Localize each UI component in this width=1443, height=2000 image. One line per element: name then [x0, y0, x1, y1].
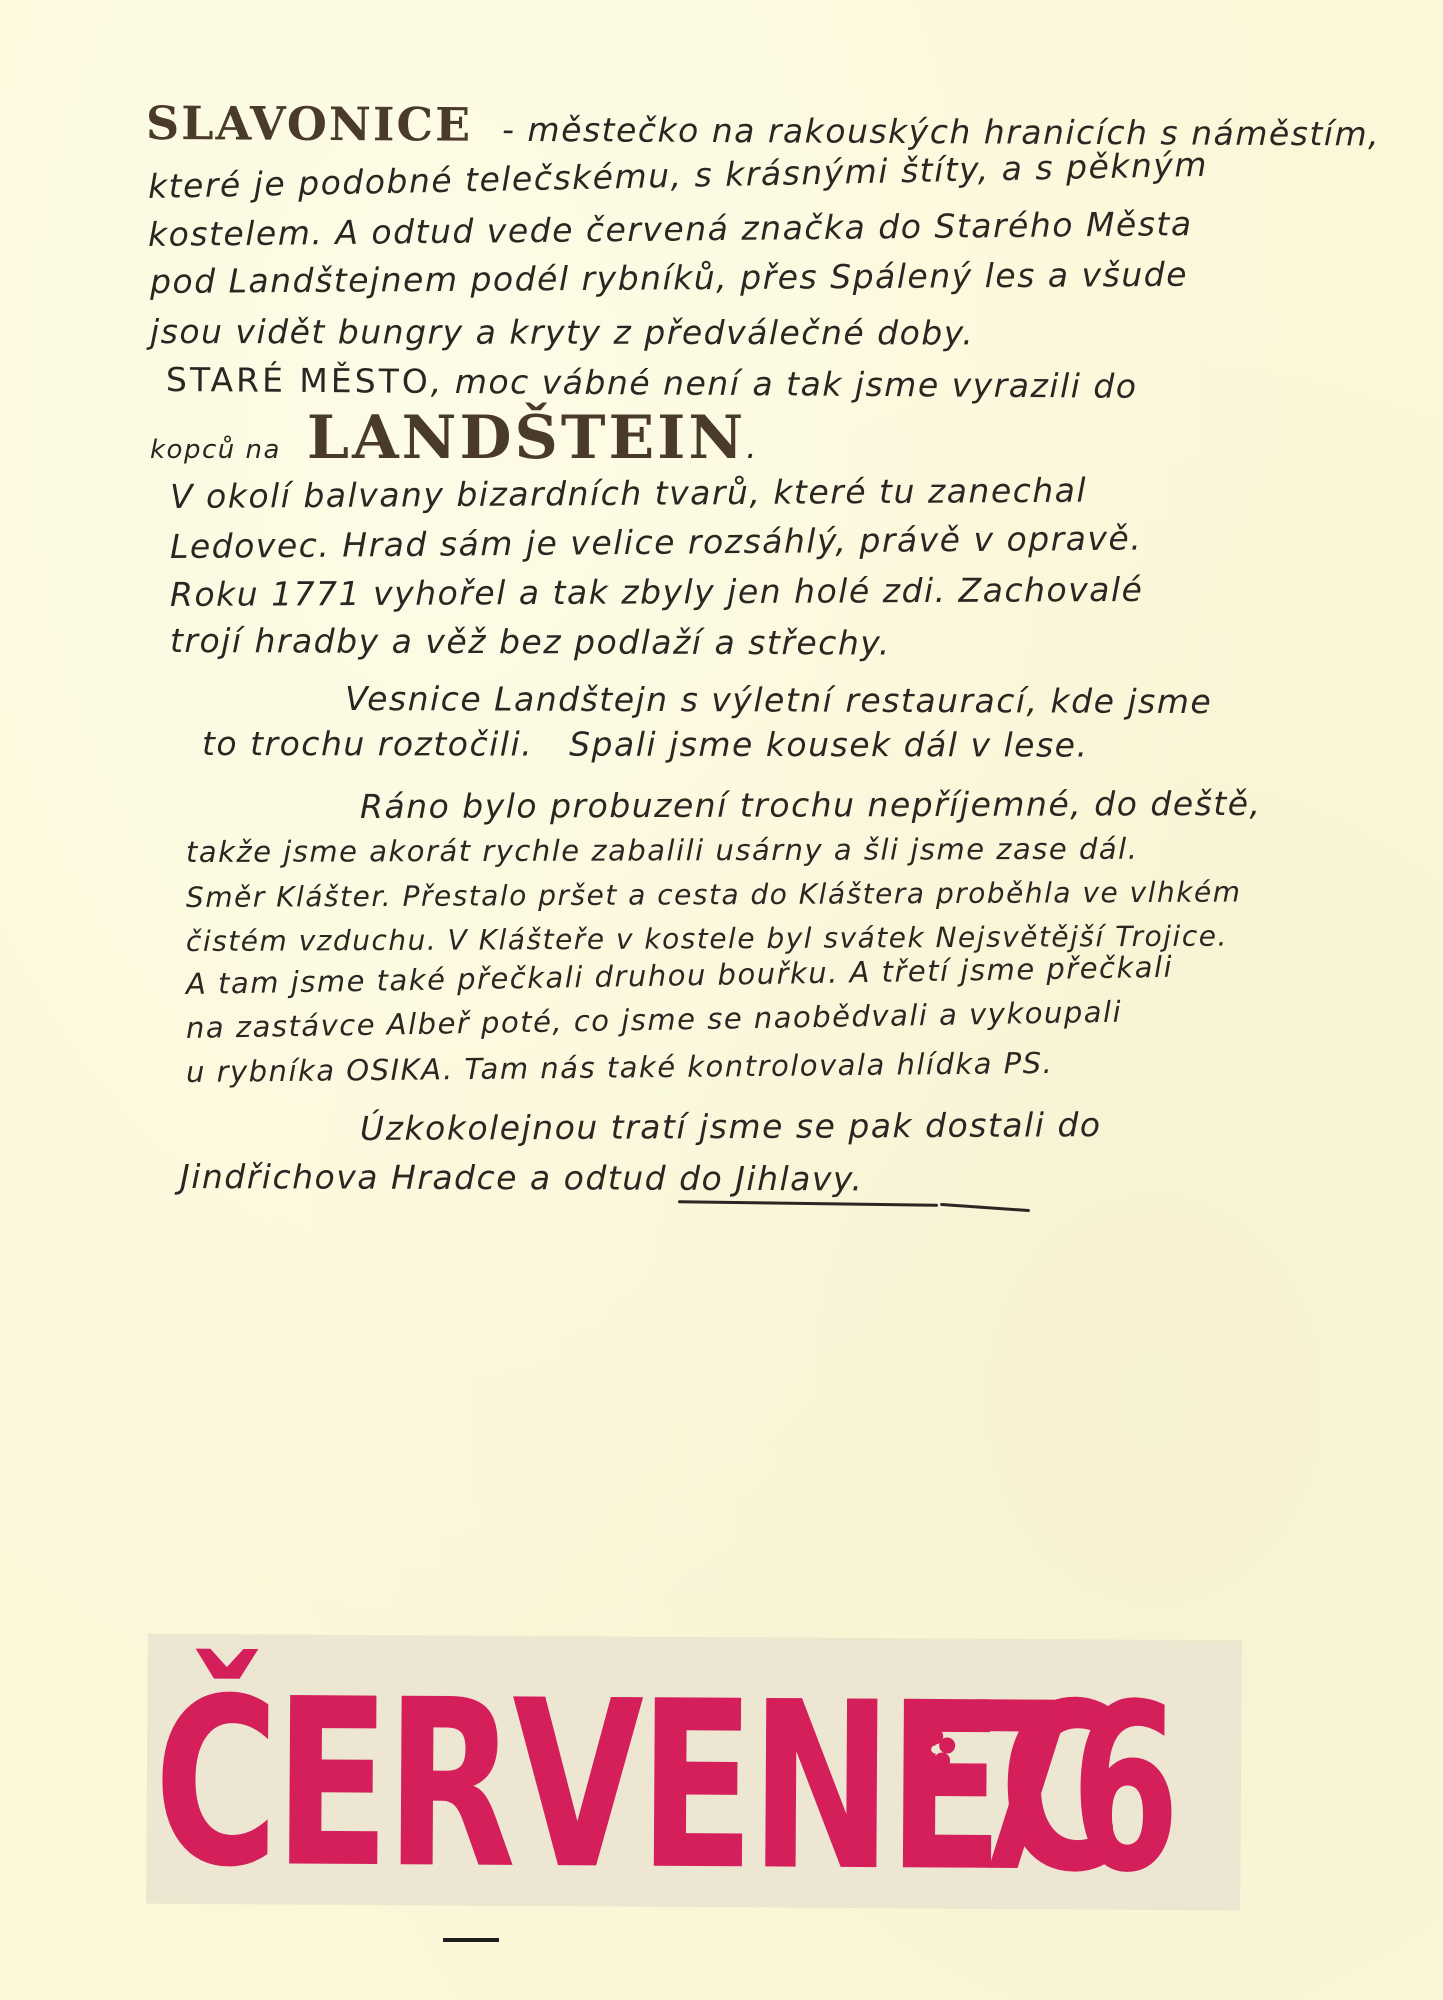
journal-line-22: Jindřichova Hradce a odtud do Jihlavy. — [180, 1160, 864, 1195]
journal-page: SLAVONICE - městečko na rakouských hrani… — [0, 0, 1443, 2000]
line-text: Ledovec. Hrad sám je velice rozsáhlý, pr… — [170, 519, 1143, 566]
line-text: kopců na — [150, 435, 281, 465]
journal-line-6: STARÉ MĚSTO, moc vábné není a tak jsme v… — [166, 363, 1138, 403]
line-text: V okolí balvany bizardních tvarů, které … — [170, 471, 1087, 516]
line-text: A tam jsme také přečkali druhou bouřku. … — [186, 950, 1174, 1001]
journal-line-2: které je podobné telečskému, s krásnými … — [148, 148, 1209, 203]
heading-slavonice: SLAVONICE — [146, 96, 472, 152]
journal-line-10: Roku 1771 vyhořel a tak zbyly jen holé z… — [170, 573, 1144, 611]
journal-line-18: A tam jsme také přečkali druhou bouřku. … — [186, 953, 1174, 999]
line-text: Úzkokolejnou tratí jsme se pak dostali d… — [360, 1105, 1102, 1148]
cervenec-76-banner: ČERVENEC 76 — [147, 1635, 1241, 1910]
print-residue-mark — [443, 1938, 499, 1942]
journal-line-13: to trochu roztočili. Spali jsme kousek d… — [202, 727, 1089, 762]
journal-line-3: kostelem. A odtud vede červená značka do… — [148, 207, 1193, 251]
journal-line-20: u rybníka OSIKA. Tam nás také kontrolova… — [186, 1049, 1054, 1087]
line-text: trojí hradby a věž bez podlaží a střechy… — [170, 621, 891, 663]
line-text: Ráno bylo probuzení trochu nepříjemné, d… — [360, 784, 1262, 826]
line-text: které je podobné telečskému, s krásnými … — [148, 145, 1209, 206]
line-text: takže jsme akorát rychle zabalili usárny… — [186, 832, 1139, 869]
line-text: Jindřichova Hradce a odtud do Jihlavy. — [180, 1157, 864, 1198]
line-text: jsou vidět bungry a kryty z předválečné … — [150, 312, 974, 352]
journal-line-9: Ledovec. Hrad sám je velice rozsáhlý, pr… — [170, 522, 1143, 563]
line-text: kostelem. A odtud vede červená značka do… — [148, 204, 1193, 254]
handdrawn-underline-tail — [940, 1203, 1030, 1212]
line-suffix: . — [746, 427, 758, 466]
journal-line-11: trojí hradby a věž bez podlaží a střechy… — [170, 624, 891, 660]
flower-icon — [913, 1727, 957, 1771]
heading-landstein: LANDŠTEIN — [307, 403, 746, 473]
banner-year-text: 76 — [965, 1674, 1176, 1906]
journal-line-14: Ráno bylo probuzení trochu nepříjemné, d… — [360, 787, 1262, 823]
line-text: Vesnice Landštejn s výletní restaurací, … — [345, 679, 1212, 721]
journal-line-15: takže jsme akorát rychle zabalili usárny… — [186, 835, 1139, 867]
journal-line-12: Vesnice Landštejn s výletní restaurací, … — [345, 682, 1212, 718]
line-text: pod Landštejnem podél rybníků, přes Spál… — [150, 255, 1188, 301]
handdrawn-underline — [678, 1200, 938, 1207]
journal-line-8: V okolí balvany bizardních tvarů, které … — [170, 474, 1087, 513]
journal-line-5: jsou vidět bungry a kryty z předválečné … — [150, 315, 974, 349]
line-text: to trochu roztočili. Spali jsme kousek d… — [202, 724, 1089, 765]
line-text: Roku 1771 vyhořel a tak zbyly jen holé z… — [170, 570, 1144, 614]
line-text: u rybníka OSIKA. Tam nás také kontrolova… — [186, 1046, 1054, 1089]
line-text: na zastávce Albeř poté, co jsme se naobě… — [186, 995, 1123, 1045]
line-text: - městečko na rakouských hranicích s nám… — [502, 110, 1380, 154]
line-text: Směr Klášter. Přestalo pršet a cesta do … — [186, 875, 1242, 914]
journal-line-19: na zastávce Albeř poté, co jsme se naobě… — [186, 998, 1123, 1043]
journal-line-16: Směr Klášter. Přestalo pršet a cesta do … — [186, 878, 1242, 912]
place-stare-mesto: STARÉ MĚSTO — [166, 360, 431, 401]
line-text: , moc vábné není a tak jsme vyrazili do — [431, 362, 1138, 406]
journal-line-21: Úzkokolejnou tratí jsme se pak dostali d… — [360, 1108, 1102, 1145]
journal-line-4: pod Landštejnem podél rybníků, přes Spál… — [150, 258, 1188, 298]
journal-line-7: kopců na LANDŠTEIN. — [150, 408, 758, 468]
